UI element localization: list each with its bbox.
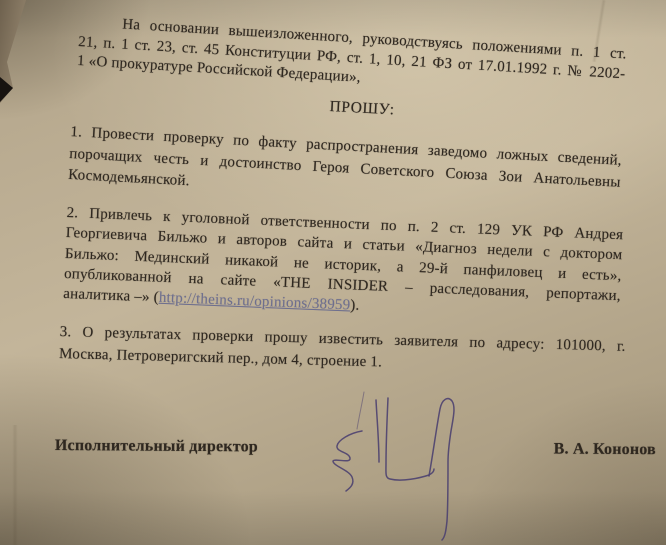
signatory-role: Исполнительный директор: [55, 436, 258, 457]
link-prefix-text: аналитика –» (: [63, 286, 159, 306]
signatory-name: В. А. Кононов: [554, 439, 656, 460]
paper-crease-bottom-left: [8, 425, 22, 545]
request-heading: ПРОШУ:: [329, 98, 395, 119]
link-suffix-text: ).: [350, 298, 360, 314]
signature-row: Исполнительный директор В. А. Кононов: [55, 436, 656, 460]
